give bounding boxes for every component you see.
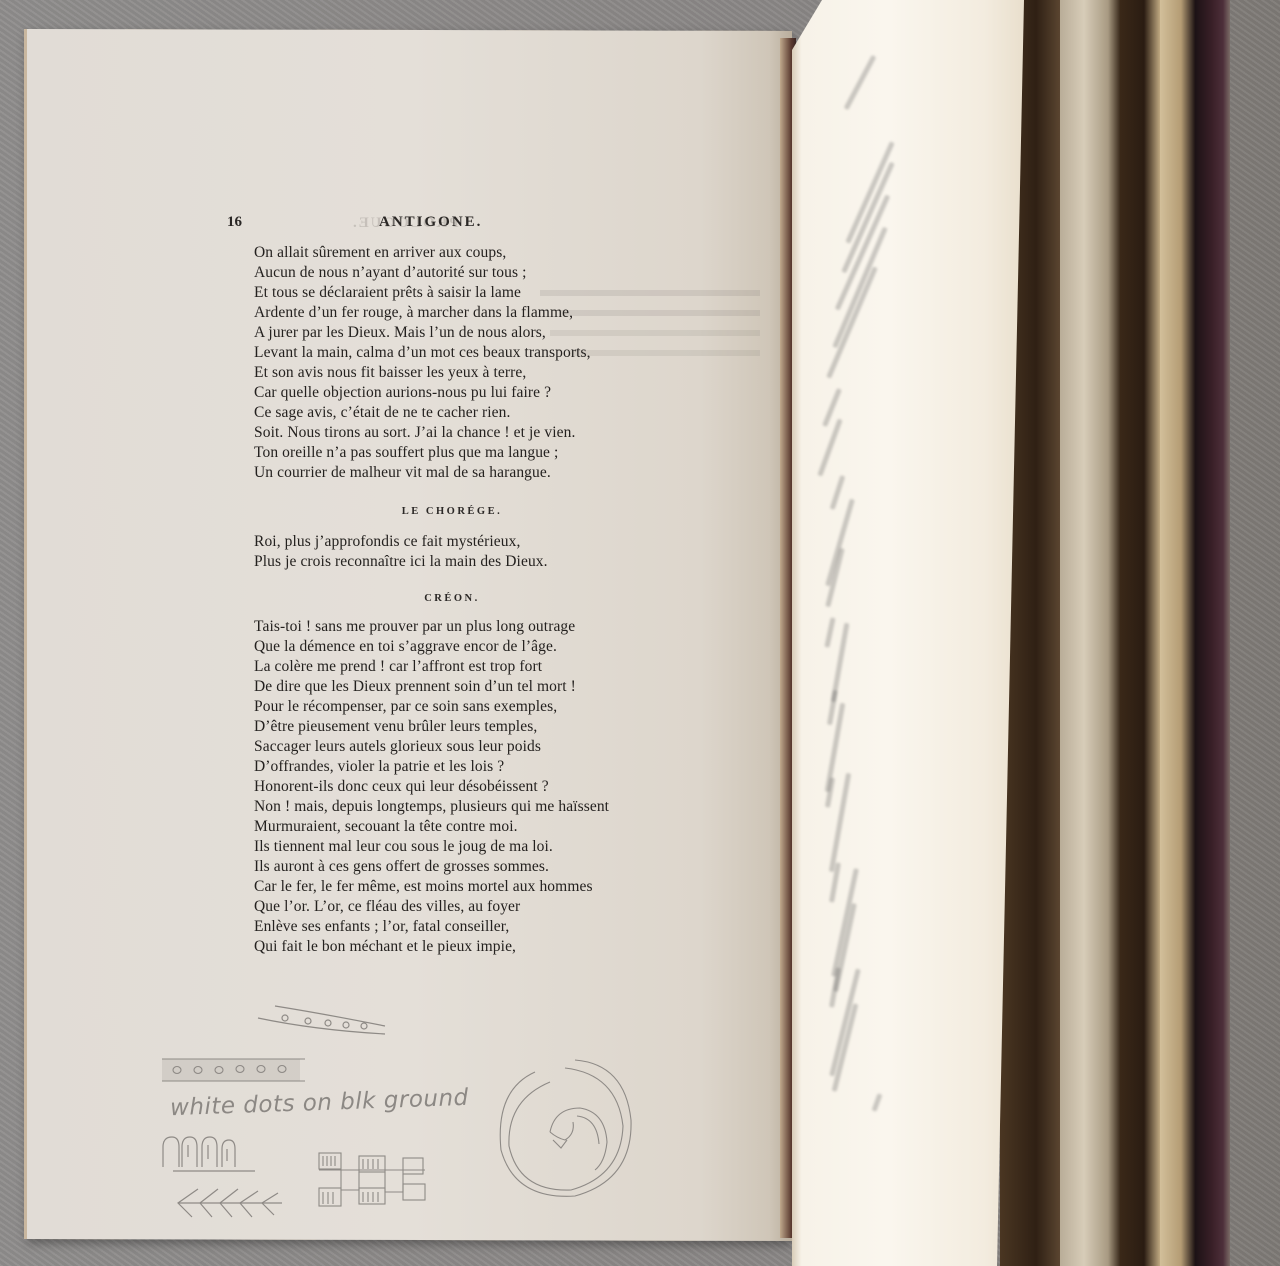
- verse-line: A jurer par les Dieux. Mais l’un de nous…: [254, 323, 674, 343]
- page-stack-dark-2: [1120, 0, 1160, 1266]
- page-header: 16 PROLOGUE. ANTIGONE.: [227, 214, 647, 236]
- verse-line: Car le fer, le fer même, est moins morte…: [254, 877, 674, 897]
- verse-line: Et son avis nous fit baisser les yeux à …: [254, 363, 674, 383]
- verse-line: Car quelle objection aurions-nous pu lui…: [254, 383, 674, 403]
- verse-line: La colère me prend ! car l’affront est t…: [254, 657, 674, 677]
- meander-block-pattern-sketch: [315, 1150, 435, 1215]
- verse-line: Plus je crois reconnaître ici la main de…: [254, 552, 674, 572]
- verse-line: D’être pieusement venu brûler leurs temp…: [254, 717, 674, 737]
- speaker-heading-creon: CRÉON.: [242, 593, 662, 604]
- verse-line: Ce sage avis, c’était de ne te cacher ri…: [254, 403, 674, 423]
- verse-line: Ils tiennent mal leur cou sous le joug d…: [254, 837, 674, 857]
- verse-line: D’offrandes, violer la patrie et les loi…: [254, 757, 674, 777]
- page-number: 16: [227, 214, 242, 231]
- verse-line: Un courrier de malheur vit mal de sa har…: [254, 463, 674, 483]
- verse-section-2: Roi, plus j’approfondis ce fait mystérie…: [254, 532, 674, 572]
- verse-line: Non ! mais, depuis longtemps, plusieurs …: [254, 797, 674, 817]
- verse-line: Honorent-ils donc ceux qui leur désobéis…: [254, 777, 674, 797]
- verse-line: De dire que les Dieux prennent soin d’un…: [254, 677, 674, 697]
- arch-frieze-sketch: [160, 1135, 260, 1175]
- running-title: ANTIGONE.: [379, 214, 482, 231]
- verse-line: Qui fait le bon méchant et le pieux impi…: [254, 937, 674, 957]
- verse-line: Soit. Nous tirons au sort. J’ai la chanc…: [254, 423, 674, 443]
- verse-line: On allait sûrement en arriver aux coups,: [254, 243, 674, 263]
- verse-line: Que l’or. L’or, ce fléau des villes, au …: [254, 897, 674, 917]
- verse-section-1: On allait sûrement en arriver aux coups,…: [254, 243, 674, 483]
- verse-line: Pour le récompenser, par ce soin sans ex…: [254, 697, 674, 717]
- page-stack-light: [1060, 0, 1120, 1266]
- page-stack-edge: [1160, 0, 1195, 1266]
- verse-line: Levant la main, calma d’un mot ces beaux…: [254, 343, 674, 363]
- verse-line: Tais-toi ! sans me prouver par un plus l…: [254, 617, 674, 637]
- verse-line: Ardente d’un fer rouge, à marcher dans l…: [254, 303, 674, 323]
- verse-line: Aucun de nous n’ayant d’autorité sur tou…: [254, 263, 674, 283]
- spiral-bird-circle-sketch: [495, 1050, 635, 1200]
- verse-line: Enlève ses enfants ; l’or, fatal conseil…: [254, 917, 674, 937]
- verse-line: Murmuraient, secouant la tête contre moi…: [254, 817, 674, 837]
- verse-line: Ils auront à ces gens offert de grosses …: [254, 857, 674, 877]
- verse-line: Et tous se déclaraient prêts à saisir la…: [254, 283, 674, 303]
- dotted-band-shaded-sketch: [160, 1055, 310, 1095]
- chevron-arrow-frieze-sketch: [170, 1185, 290, 1225]
- dotted-band-small-sketch: [255, 1000, 395, 1050]
- verse-line: Roi, plus j’approfondis ce fait mystérie…: [254, 532, 674, 552]
- verse-section-3: Tais-toi ! sans me prouver par un plus l…: [254, 617, 674, 957]
- verse-line: Saccager leurs autels glorieux sous leur…: [254, 737, 674, 757]
- verse-line: Que la démence en toi s’aggrave encor de…: [254, 637, 674, 657]
- verse-line: Ton oreille n’a pas souffert plus que ma…: [254, 443, 674, 463]
- speaker-heading-chorege: LE CHORÉGE.: [242, 506, 662, 517]
- book-cover-binding: [1195, 0, 1230, 1266]
- right-page-curled: [792, 0, 1032, 1266]
